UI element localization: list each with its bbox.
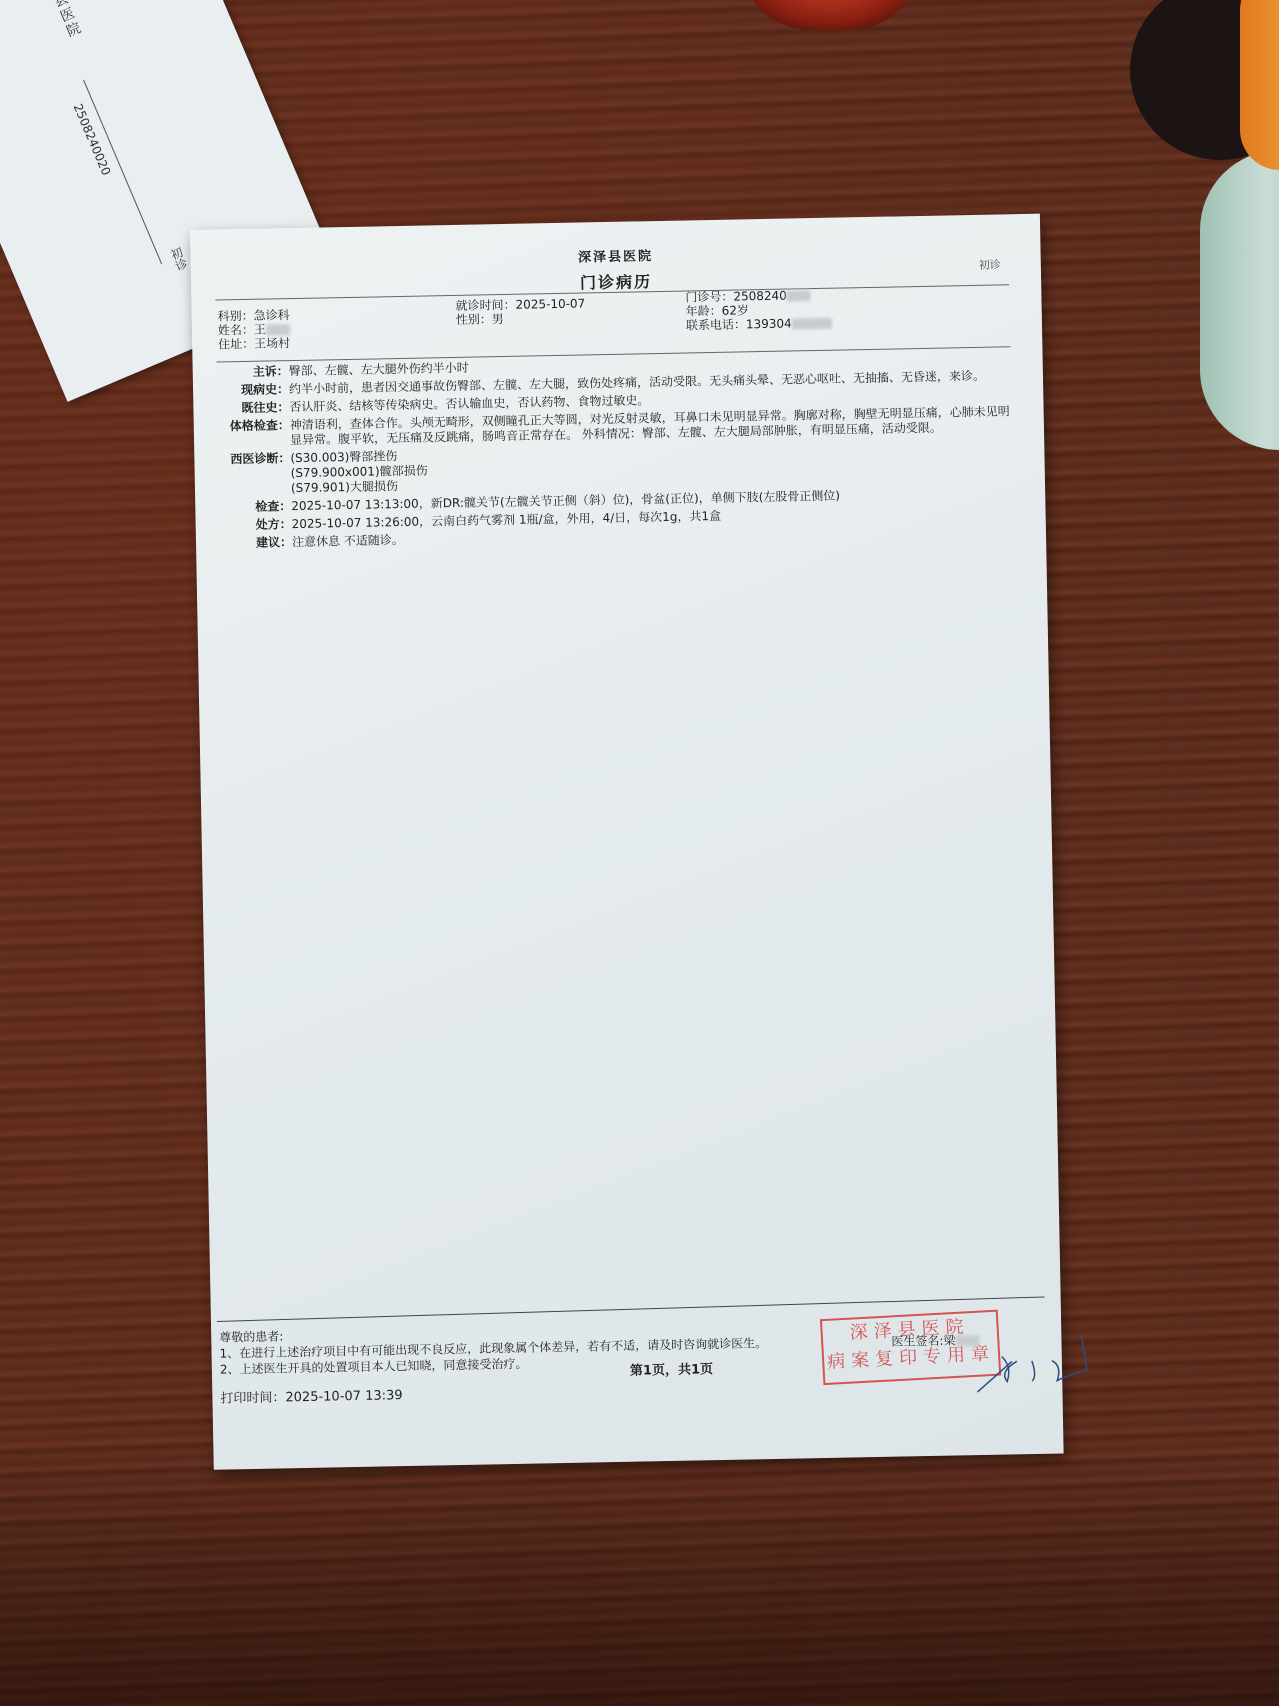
print-time: 打印时间：2025-10-07 13:39 — [220, 1384, 403, 1406]
redaction — [792, 318, 832, 330]
visit-date-field: 就诊时间：2025-10-07 — [455, 296, 585, 312]
background-paper-rule — [83, 80, 162, 264]
background-paper-hospital: 县医院 — [48, 0, 85, 42]
phone-field: 联系电话：139304 — [686, 316, 832, 333]
orange-object — [1240, 0, 1279, 170]
gender-value: 男 — [492, 312, 504, 326]
doctor-name: 梁 — [943, 1334, 955, 1348]
print-time-value: 2025-10-07 13:39 — [285, 1388, 402, 1405]
doctor-signature-field: 医生签名:梁 — [891, 1331, 979, 1350]
green-jar — [1200, 150, 1279, 450]
age-value: 62岁 — [722, 303, 750, 318]
red-bowl — [740, 0, 920, 30]
info-column-1: 科别：急诊科 姓名：王 住址：王场村 — [218, 308, 291, 351]
name-value: 王 — [254, 323, 266, 337]
outpatient-no-field: 门诊号：2508240 — [685, 288, 831, 305]
background-paper-number: 2508240020 — [71, 102, 114, 178]
visit-date-value: 2025-10-07 — [515, 296, 585, 311]
outpatient-record: 深泽县医院 初诊 门诊病历 科别：急诊科 姓名：王 住址：王场村 就诊时间：20… — [190, 214, 1064, 1470]
page-info: 第1页，共1页 — [630, 1358, 713, 1379]
outpatient-no-value: 2508240 — [733, 289, 787, 304]
record-body: 主诉：臀部、左髋、左大腿外伤约半小时 现病史：约半小时前，患者因交通事故伤臀部、… — [219, 350, 1016, 554]
department-field: 科别：急诊科 — [218, 308, 290, 323]
info-column-2: 就诊时间：2025-10-07 性别：男 — [455, 296, 585, 326]
redaction — [787, 290, 811, 301]
name-field: 姓名：王 — [218, 322, 290, 337]
phone-value: 139304 — [746, 316, 792, 331]
address-field: 住址：王场村 — [218, 336, 290, 351]
department-value: 急诊科 — [254, 308, 290, 323]
redaction — [266, 324, 290, 335]
address-value: 王场村 — [254, 336, 290, 351]
shadow — [0, 1446, 1279, 1706]
handwritten-signature-icon — [971, 1315, 1093, 1397]
gender-field: 性别：男 — [456, 310, 586, 326]
background-paper-visit-type: 初诊 — [167, 245, 192, 274]
info-column-3: 门诊号：2508240 年龄：62岁 联系电话：139304 — [685, 288, 832, 333]
